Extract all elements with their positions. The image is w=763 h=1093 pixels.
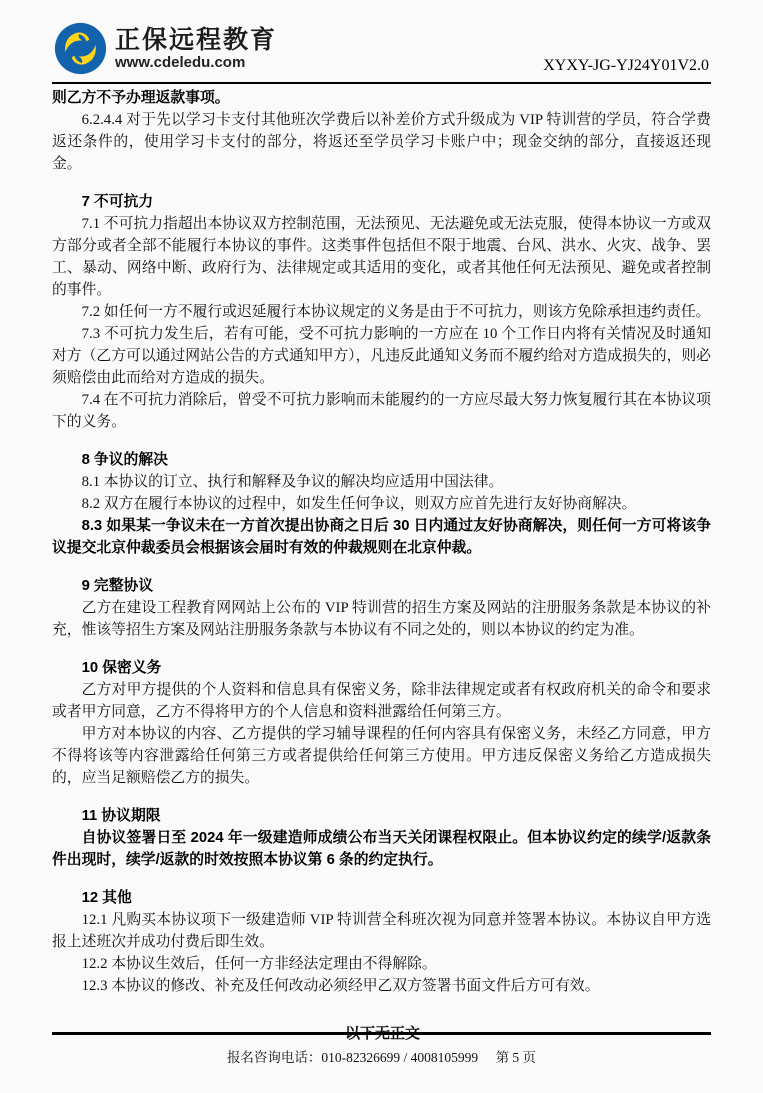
section-heading: 9 完整协议 — [52, 575, 711, 597]
section-heading: 10 保密义务 — [52, 657, 711, 679]
clause-paragraph: 8.2 双方在履行本协议的过程中，如发生任何争议，则双方应首先进行友好协商解决。 — [52, 493, 711, 515]
clause-paragraph: 自协议签署日至 2024 年一级建造师成绩公布当天关闭课程权限止。但本协议约定的… — [52, 827, 711, 871]
section-heading: 12 其他 — [52, 887, 711, 909]
clause-paragraph: 乙方对甲方提供的个人资料和信息具有保密义务，除非法律规定或者有权政府机关的命令和… — [52, 679, 711, 723]
clause-paragraph: 7.3 不可抗力发生后，若有可能，受不可抗力影响的一方应在 10 个工作日内将有… — [52, 323, 711, 389]
clause-paragraph: 甲方对本协议的内容、乙方提供的学习辅导课程的任何内容具有保密义务，未经乙方同意，… — [52, 723, 711, 789]
footer-divider-line — [52, 1032, 711, 1035]
logo-company-name: 正保远程教育 — [115, 26, 277, 54]
clause-paragraph: 12.2 本协议生效后，任何一方非经法定理由不得解除。 — [52, 953, 711, 975]
clause-paragraph: 8.3 如果某一争议未在一方首次提出协商之日后 30 日内通过友好协商解决，则任… — [52, 515, 711, 559]
clause-paragraph: 8.1 本协议的订立、执行和解释及争议的解决均应适用中国法律。 — [52, 471, 711, 493]
company-logo: 正保远程教育 www.cdeledu.com — [54, 22, 277, 75]
clause-paragraph: 7.4 在不可抗力消除后，曾受不可抗力影响而未能履约的一方应尽最大努力恢复履行其… — [52, 389, 711, 433]
header-divider-line — [52, 82, 711, 84]
clause-paragraph: 7.1 不可抗力指超出本协议双方控制范围，无法预见、无法避免或无法克服，使得本协… — [52, 213, 711, 301]
footer-page-number: 第 5 页 — [496, 1050, 537, 1065]
clause-paragraph: 7.2 如任何一方不履行或迟延履行本协议规定的义务是由于不可抗力，则该方免除承担… — [52, 301, 711, 323]
clause-paragraph: 12.3 本协议的修改、补充及任何改动必须经甲乙双方签署书面文件后方可有效。 — [52, 975, 711, 997]
section-heading: 8 争议的解决 — [52, 449, 711, 471]
footer-phone-line: 报名咨询电话：010-82326699 / 4008105999 — [227, 1050, 478, 1065]
clause-paragraph: 12.1 凡购买本协议项下一级建造师 VIP 特训营全科班次视为同意并签署本协议… — [52, 909, 711, 953]
section-heading: 11 协议期限 — [52, 805, 711, 827]
clause-paragraph: 乙方在建设工程教育网网站上公布的 VIP 特训营的招生方案及网站的注册服务条款是… — [52, 597, 711, 641]
clause-paragraph: 则乙方不予办理返款事项。 — [52, 87, 711, 109]
page-header: 正保远程教育 www.cdeledu.com XYXY-JG-YJ24Y01V2… — [0, 0, 763, 84]
page-footer: 报名咨询电话：010-82326699 / 4008105999 第 5 页 — [0, 1046, 763, 1066]
logo-swirl-icon — [54, 22, 107, 75]
document-body: 则乙方不予办理返款事项。6.2.4.4 对于先以学习卡支付其他班次学费后以补差价… — [52, 87, 711, 1045]
logo-website-url: www.cdeledu.com — [115, 54, 277, 71]
section-heading: 7 不可抗力 — [52, 191, 711, 213]
document-code: XYXY-JG-YJ24Y01V2.0 — [543, 57, 709, 75]
clause-paragraph: 6.2.4.4 对于先以学习卡支付其他班次学费后以补差价方式升级成为 VIP 特… — [52, 109, 711, 175]
